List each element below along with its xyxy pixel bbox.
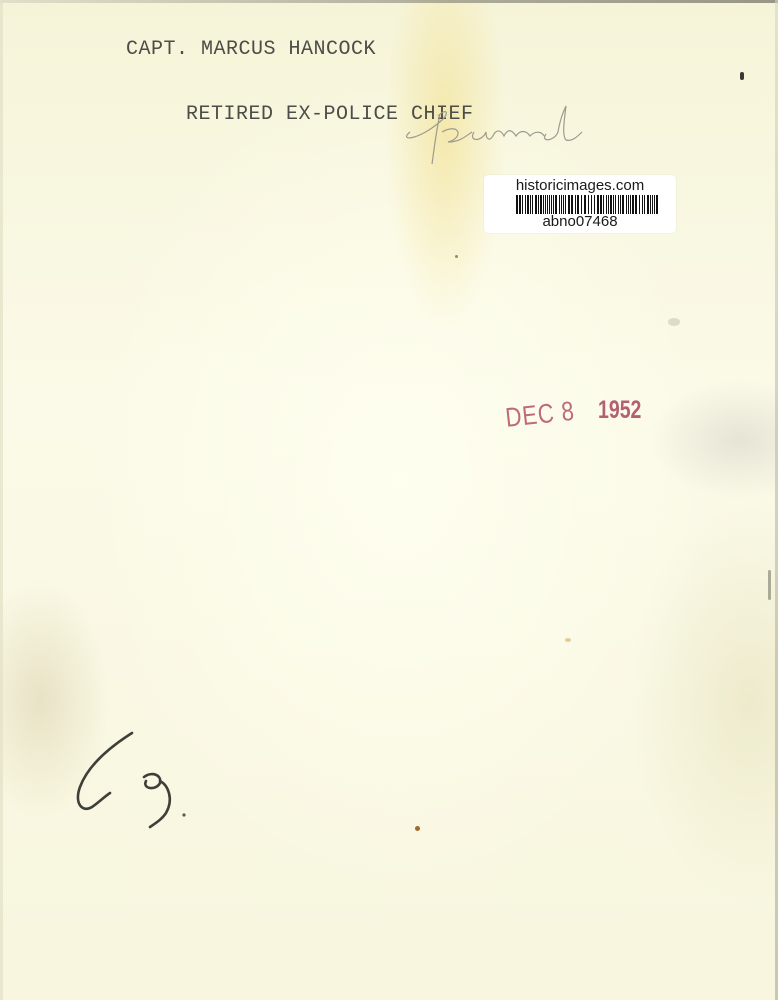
handwritten-number xyxy=(70,725,200,835)
top-edge-shadow xyxy=(0,0,778,3)
archive-label: historicimages.com abno07468 xyxy=(484,175,676,233)
label-site: historicimages.com xyxy=(484,177,676,194)
left-edge xyxy=(0,0,3,1000)
paper-speck xyxy=(415,826,420,831)
paper-speck xyxy=(740,72,744,80)
paper-speck xyxy=(668,318,680,326)
date-stamp-year: 1952 xyxy=(598,396,641,425)
paper-speck xyxy=(565,638,571,642)
label-item-code: abno07468 xyxy=(484,213,676,230)
barcode-icon xyxy=(516,195,660,214)
handwritten-signature xyxy=(390,102,610,172)
paper-speck xyxy=(768,570,771,600)
photo-back-page: CAPT. MARCUS HANCOCK RETIRED EX-POLICE C… xyxy=(0,0,778,1000)
date-stamp-month-day: DEC 8 xyxy=(504,396,576,434)
caption-name: CAPT. MARCUS HANCOCK xyxy=(126,38,376,61)
paper-speck xyxy=(455,255,458,258)
